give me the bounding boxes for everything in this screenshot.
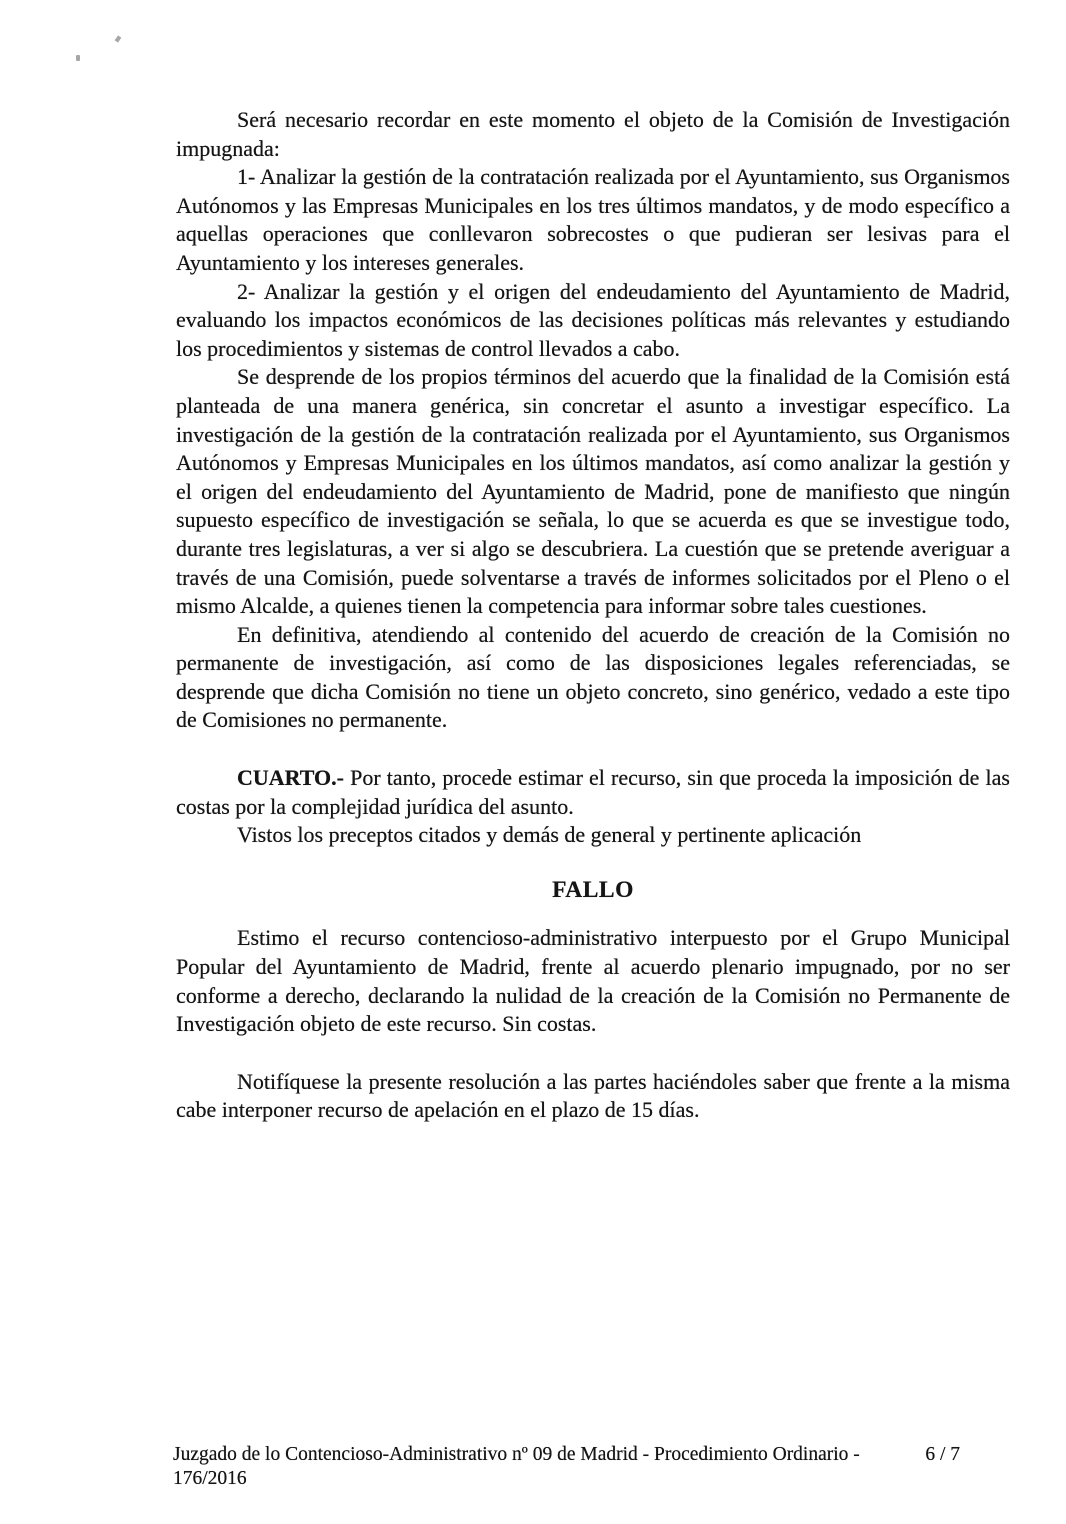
page-footer: Juzgado de lo Contencioso-Administrativo… <box>173 1443 1010 1491</box>
cuarto-label: CUARTO.- <box>237 765 344 790</box>
paragraph-en-definitiva: En definitiva, atendiendo al contenido d… <box>176 621 1010 735</box>
footer-court-reference: Juzgado de lo Contencioso-Administrativo… <box>173 1443 925 1491</box>
scan-speck <box>76 55 80 61</box>
paragraph-item-2: 2- Analizar la gestión y el origen del e… <box>176 278 1010 364</box>
fallo-heading: FALLO <box>176 876 1010 905</box>
paragraph-item-1: 1- Analizar la gestión de la contratació… <box>176 163 1010 277</box>
paragraph-notifiquese: Notifíquese la presente resolución a las… <box>176 1068 1010 1125</box>
page-number: 6 / 7 <box>925 1443 960 1467</box>
paragraph-se-desprende: Se desprende de los propios términos del… <box>176 363 1010 620</box>
scan-speck <box>115 35 122 42</box>
paragraph-intro: Será necesario recordar en este momento … <box>176 106 1010 163</box>
paragraph-vistos: Vistos los preceptos citados y demás de … <box>176 821 1010 850</box>
paragraph-cuarto: CUARTO.- Por tanto, procede estimar el r… <box>176 764 1010 821</box>
paragraph-estimo: Estimo el recurso contencioso-administra… <box>176 924 1010 1038</box>
document-page: Será necesario recordar en este momento … <box>0 0 1066 1524</box>
document-body: Será necesario recordar en este momento … <box>176 106 1010 1125</box>
